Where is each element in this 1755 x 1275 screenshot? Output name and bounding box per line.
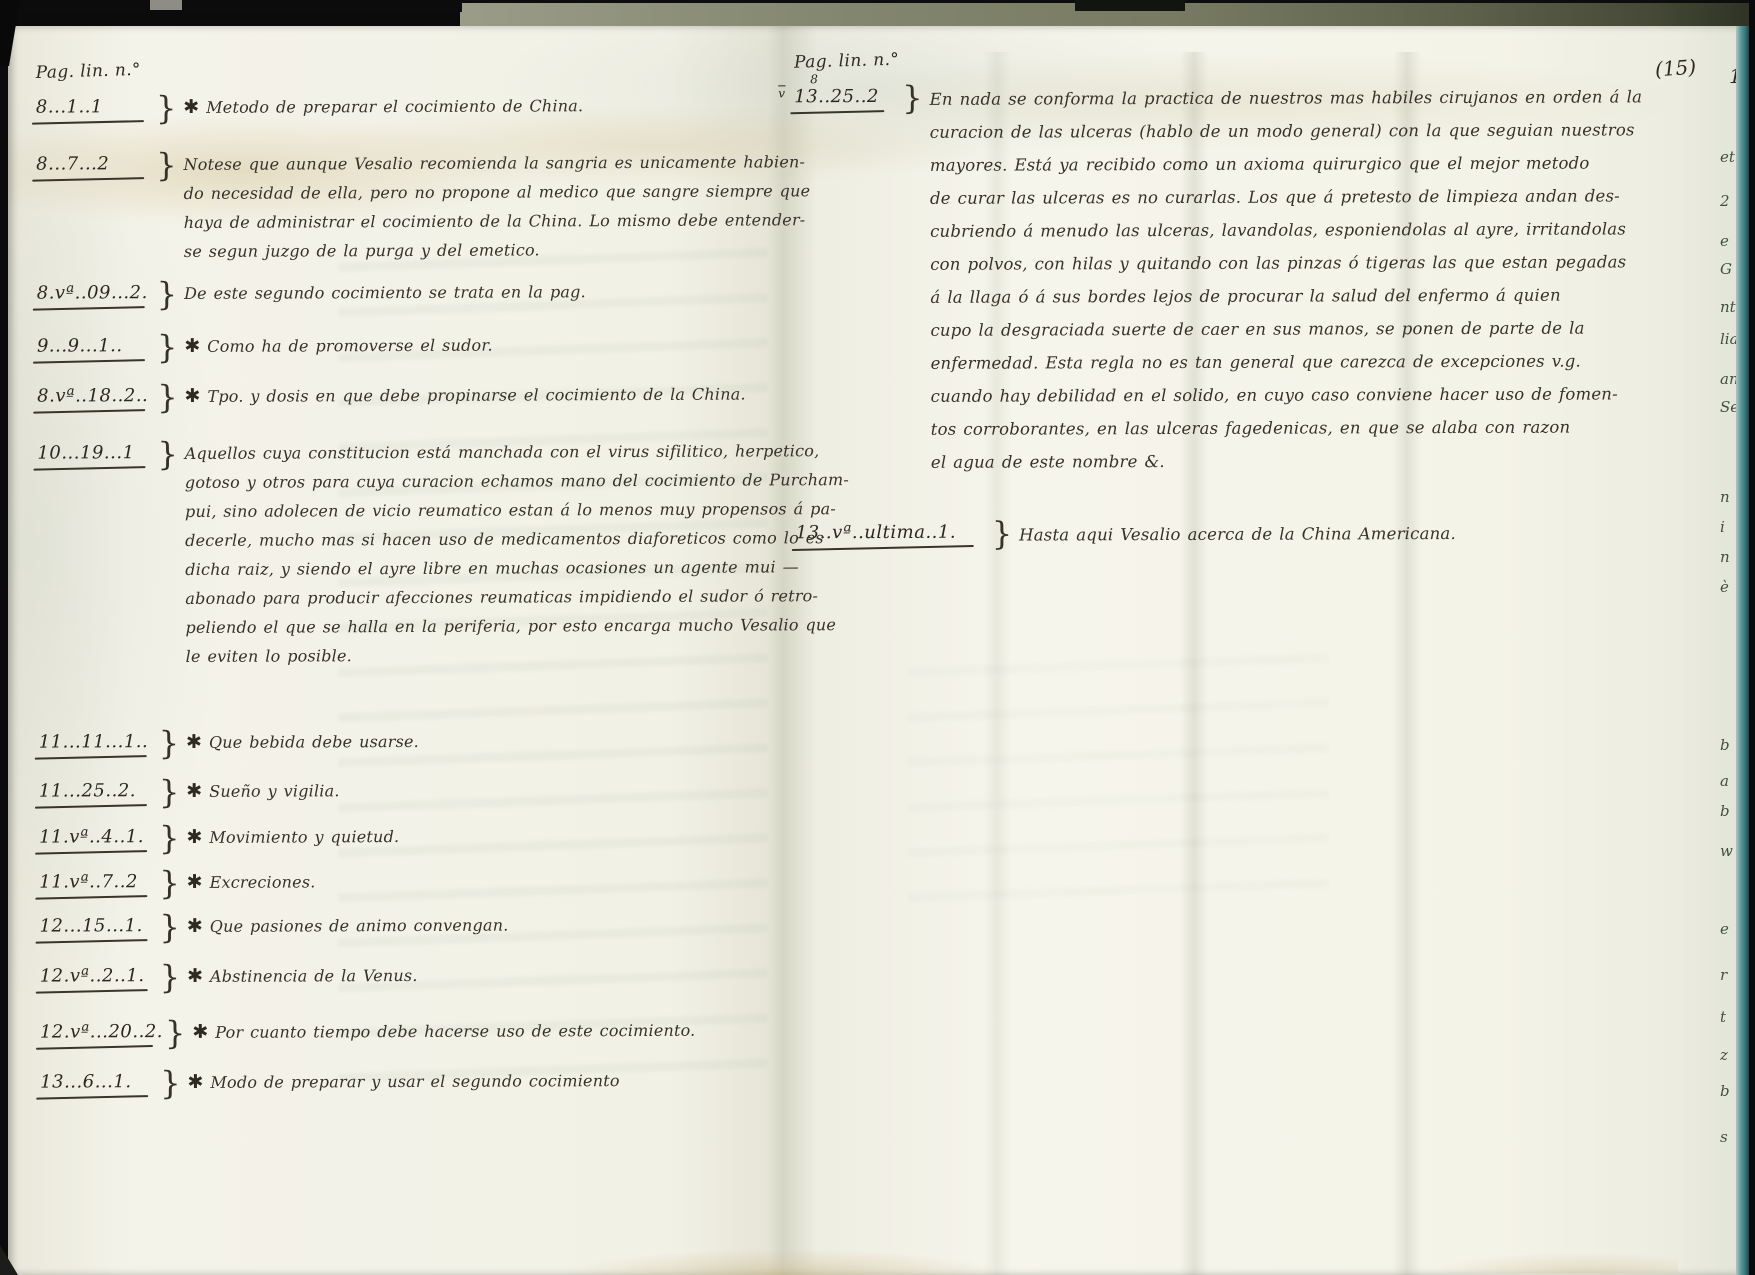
entry-text: Que pasiones de animo convengan. — [210, 911, 509, 941]
brace-glyph: } — [156, 93, 176, 123]
ref-text: 12.vª...20..2. — [40, 1021, 163, 1043]
manuscript-line: cuando hay debilidad en el solido, en cu… — [931, 377, 1644, 412]
index-entry: v813..25..2 } ✱ En nada se conforma la p… — [794, 81, 1545, 480]
manuscript-line: gotoso y otros para cuya curacion echamo… — [185, 465, 849, 497]
manuscript-line: Sueño y vigilia. — [209, 776, 340, 806]
index-entry: 8...7...2 } ✱ Notese que aunque Vesalio … — [36, 147, 771, 266]
brace-glyph: } — [159, 823, 179, 853]
page-number: (15) — [1654, 55, 1697, 82]
brace-glyph: } — [160, 1068, 180, 1098]
manuscript-line: cupo la desgraciada suerte de caer en su… — [930, 311, 1643, 346]
index-entry: 13..vª..ultima..1. } ✱ Hasta aqui Vesali… — [796, 517, 1546, 553]
manuscript-line: Que bebida debe usarse. — [209, 727, 419, 757]
scanner-background-bar — [150, 0, 182, 10]
manuscript-line: tos corroborantes, en las ulceras fagede… — [931, 410, 1644, 445]
scanner-background-bar — [1075, 0, 1185, 11]
manuscript-line: De este segundo cocimiento se trata en l… — [184, 277, 586, 308]
entry-text: De este segundo cocimiento se trata en l… — [184, 277, 586, 308]
entry-text: En nada se conforma la practica de nuest… — [930, 80, 1644, 478]
entry-text: Excreciones. — [210, 867, 316, 896]
ref-text: 9...9...1.. — [37, 335, 123, 356]
entry-text: Tpo. y dosis en que debe propinarse el c… — [207, 380, 745, 411]
manuscript-line: Movimiento y quietud. — [209, 822, 399, 852]
brace-glyph: } — [157, 382, 177, 412]
ref-text: 13...6...1. — [40, 1071, 131, 1092]
scanner-background-bar — [0, 0, 462, 12]
ref-text: 13..25..2 — [794, 86, 879, 107]
manuscript-line: dicha raiz, y siendo el ayre libre en mu… — [185, 552, 849, 584]
ref-text: 8...7...2 — [36, 153, 109, 174]
brace-glyph: } — [156, 150, 176, 180]
manuscript-line: Abstinencia de la Venus. — [210, 961, 418, 991]
manuscript-line: decerle, mucho mas si hacen uso de medic… — [185, 523, 849, 555]
brace-glyph: } — [157, 279, 177, 309]
manuscript-line: Como ha de promoverse el sudor. — [207, 331, 493, 361]
ref-text: 12.vª..2..1. — [40, 965, 145, 986]
index-entry: 11...25..2. } ✱ Sueño y vigilia. — [39, 774, 774, 807]
asterisk-icon: ✱ — [186, 728, 202, 756]
entry-text: Abstinencia de la Venus. — [210, 961, 418, 991]
ink-showthrough — [908, 646, 1328, 906]
page-line-ref: 8.vª..09...2. — [37, 279, 155, 304]
entry-text: Hasta aqui Vesalio acerca de la China Am… — [1019, 517, 1456, 552]
asterisk-icon: ✱ — [184, 332, 200, 360]
asterisk-icon: ✱ — [187, 1068, 203, 1096]
page-line-ref: 12.vª...20..2. — [40, 1018, 163, 1043]
page-line-ref: 13...6...1. — [40, 1068, 158, 1093]
brace-glyph: } — [157, 439, 177, 469]
entry-text: Sueño y vigilia. — [209, 776, 340, 806]
asterisk-icon: ✱ — [187, 962, 203, 990]
manuscript-line: mayores. Está ya recibido como un axioma… — [930, 146, 1643, 181]
entry-text: Aquellos cuya constitucion está manchada… — [185, 436, 850, 671]
brace-glyph: } — [159, 777, 179, 807]
manuscript-line: Tpo. y dosis en que debe propinarse el c… — [207, 380, 745, 411]
entry-text: Notese que aunque Vesalio recomienda la … — [183, 147, 810, 266]
manuscript-line: curacion de las ulceras (hablo de un mod… — [930, 113, 1643, 148]
entry-text: Movimiento y quietud. — [209, 822, 399, 852]
ref-text: 8.vª..18..2.. — [37, 385, 148, 406]
asterisk-icon: ✱ — [184, 382, 200, 410]
entry-text: Como ha de promoverse el sudor. — [207, 331, 493, 361]
manuscript-line: se segun juzgo de la purga y del emetico… — [184, 234, 811, 266]
manuscript-line: Notese que aunque Vesalio recomienda la … — [183, 147, 810, 179]
index-entry: 9...9...1.. } ✱ Como ha de promoverse el… — [37, 329, 772, 362]
brace-glyph: } — [159, 868, 179, 898]
column-header: Pag. lin. n.° — [794, 49, 905, 72]
manuscript-line: haya de administrar el cocimiento de la … — [184, 205, 811, 237]
page-line-ref: 11...25..2. — [39, 777, 157, 802]
manuscript-line: el agua de este nombre &. — [931, 443, 1644, 478]
brace-glyph: } — [159, 728, 179, 758]
index-entry: 12.vª..2..1. } ✱ Abstinencia de la Venus… — [40, 959, 775, 992]
ref-text: 13..vª..ultima..1. — [796, 522, 956, 544]
paper-stain — [1438, 1253, 1678, 1273]
insertion-mark: v — [778, 86, 785, 100]
index-entry-list: v813..25..2 } ✱ En nada se conforma la p… — [794, 81, 1546, 553]
page-line-ref: 11...11...1.. — [39, 728, 157, 753]
left-page: Pag. lin. n.° 8...1..1 } ✱ Metodo de pre… — [36, 58, 776, 1116]
manuscript-line: Hasta aqui Vesalio acerca de la China Am… — [1019, 517, 1456, 552]
ref-text: 10...19...1 — [37, 442, 134, 463]
manuscript-line: abonado para producir afecciones reumati… — [185, 581, 849, 613]
manuscript-line: do necesidad de ella, pero no propone al… — [184, 176, 811, 208]
asterisk-icon: ✱ — [186, 823, 202, 851]
index-entry-list: 8...1..1 } ✱ Metodo de preparar el cocim… — [36, 90, 775, 1098]
manuscript-line: Que pasiones de animo convengan. — [210, 911, 509, 941]
asterisk-icon: ✱ — [187, 912, 203, 940]
page-line-ref: 12...15...1. — [39, 912, 157, 937]
scanned-manuscript-spread: Pag. lin. n.° 8...1..1 } ✱ Metodo de pre… — [0, 0, 1755, 1275]
manuscript-line: enfermedad. Esta regla no es tan general… — [930, 344, 1643, 379]
manuscript-line: Excreciones. — [210, 867, 316, 896]
right-page: Pag. lin. n.° v813..25..2 } ✱ En nada se… — [794, 49, 1546, 571]
index-entry: 11.vª..4..1. } ✱ Movimiento y quietud. — [39, 820, 774, 853]
ref-text: 11.vª..4..1. — [39, 826, 144, 847]
page-line-ref: 11.vª..7..2 — [39, 868, 157, 893]
entry-text: Que bebida debe usarse. — [209, 727, 419, 757]
ref-text: 12...15...1. — [39, 915, 142, 936]
manuscript-line: Modo de preparar y usar el segundo cocim… — [210, 1066, 619, 1097]
brace-glyph: } — [992, 519, 1012, 549]
index-entry: 12.vª...20..2. } ✱ Por cuanto tiempo deb… — [40, 1015, 775, 1048]
manuscript-line: Por cuanto tiempo debe hacerse uso de es… — [215, 1016, 695, 1047]
index-entry: 11...11...1.. } ✱ Que bebida debe usarse… — [39, 725, 774, 758]
page-line-ref: 13..vª..ultima..1. — [796, 519, 984, 544]
ref-text: 8.vª..09...2. — [37, 282, 148, 303]
manuscript-line: con polvos, con hilas y quitando con las… — [930, 245, 1643, 280]
ref-text: 11...25..2. — [39, 780, 136, 801]
manuscript-line: Aquellos cuya constitucion está manchada… — [185, 436, 849, 468]
adjacent-page-edge — [1736, 26, 1749, 1275]
paper-stain — [568, 1249, 998, 1275]
manuscript-line: cubriendo á menudo las ulceras, lavandol… — [930, 212, 1643, 247]
page-line-ref: 9...9...1.. — [37, 332, 155, 357]
brace-glyph: } — [157, 332, 177, 362]
brace-glyph: } — [159, 912, 179, 942]
manuscript-line: le eviten lo posible. — [186, 639, 850, 671]
page-line-ref: 8...1..1 — [36, 93, 154, 118]
page-line-ref: 11.vª..4..1. — [39, 823, 157, 848]
entry-text: Metodo de preparar el cocimiento de Chin… — [206, 91, 583, 122]
index-entry: 10...19...1 } ✱ Aquellos cuya constituci… — [37, 436, 773, 671]
asterisk-icon: ✱ — [192, 1018, 208, 1046]
index-entry: 13...6...1. } ✱ Modo de preparar y usar … — [40, 1065, 775, 1098]
index-entry: 8...1..1 } ✱ Metodo de preparar el cocim… — [36, 90, 771, 123]
index-entry: 12...15...1. } ✱ Que pasiones de animo c… — [39, 909, 774, 942]
asterisk-icon: ✱ — [183, 93, 199, 121]
manuscript-line: Metodo de preparar el cocimiento de Chin… — [206, 91, 583, 122]
ref-superscript: 8 — [810, 72, 818, 86]
ref-text: 8...1..1 — [36, 96, 103, 117]
index-entry: 8.vª..18..2.. } ✱ Tpo. y dosis en que de… — [37, 379, 772, 412]
manuscript-line: pui, sino adolecen de vicio reumatico es… — [185, 494, 849, 526]
brace-glyph: } — [160, 962, 180, 992]
page-line-ref: 8...7...2 — [36, 150, 154, 175]
brace-glyph: } — [902, 83, 922, 113]
ref-text: 11.vª..7..2 — [39, 871, 138, 892]
page-line-ref: 12.vª..2..1. — [40, 962, 158, 987]
manuscript-line: peliendo el que se halla en la periferia… — [185, 610, 849, 642]
index-entry: 8.vª..09...2. } ✱ De este segundo cocimi… — [37, 276, 772, 309]
asterisk-icon: ✱ — [186, 777, 202, 805]
manuscript-line: de curar las ulceras es no curarlas. Los… — [930, 179, 1643, 214]
index-entry: 11.vª..7..2 } ✱ Excreciones. — [39, 865, 774, 898]
asterisk-icon: ✱ — [187, 868, 203, 896]
entry-text: Por cuanto tiempo debe hacerse uso de es… — [215, 1016, 695, 1047]
page-line-ref: 8.vª..18..2.. — [37, 382, 155, 407]
manuscript-line: á la llaga ó á sus bordes lejos de procu… — [930, 278, 1643, 313]
manuscript-line: En nada se conforma la practica de nuest… — [930, 80, 1643, 115]
ref-text: 11...11...1.. — [39, 731, 149, 752]
brace-glyph: } — [165, 1018, 185, 1048]
entry-text: Modo de preparar y usar el segundo cocim… — [210, 1066, 619, 1097]
page-line-ref: v813..25..2 — [794, 83, 894, 107]
scanner-background-edge — [1749, 0, 1755, 1275]
column-header: Pag. lin. n.° — [35, 60, 146, 83]
page-line-ref: 10...19...1 — [37, 439, 155, 464]
